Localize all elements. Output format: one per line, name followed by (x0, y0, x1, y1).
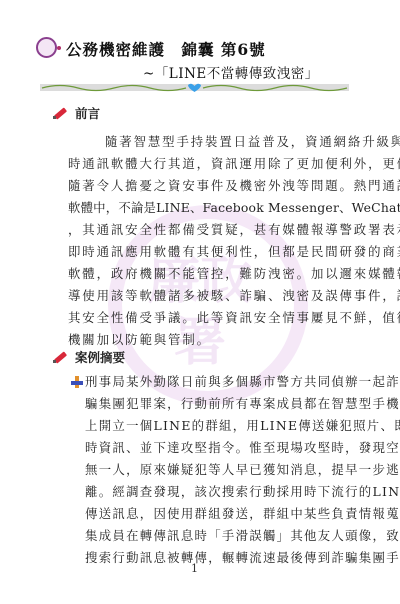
text-line: 時通訊軟體大行其道，資訊運用除了更加便利外，更伴 (68, 153, 400, 175)
text-line: 隨著令人擔憂之資安事件及機密外洩等問題。熱門通訊 (68, 175, 400, 197)
text-line: 集成員在轉傳訊息時「手滑誤觸」其他友人頭像，致 (85, 525, 400, 547)
text-line: 時資訊、並下達攻堅指令。惟至現場攻堅時，發現空 (85, 437, 400, 459)
text-line: 軟體，政府機關不能管控，難防洩密。加以邇來媒體報 (68, 263, 400, 285)
section-heading-label: 前言 (75, 104, 100, 122)
page-number: 1 (191, 562, 198, 575)
pencil-icon (53, 351, 67, 363)
text-line: ，其通訊安全性都備受質疑，甚有媒體報導警政署表示 (68, 219, 400, 241)
case-summary-paragraph: 刑事局某外勤隊日前與多個縣市警方共同偵辦一起詐 騙集團犯罪案，行動前所有專案成員… (85, 371, 400, 569)
text-line: 導使用該等軟體諸多被駭、詐騙、洩密及誤傳事件，讓 (68, 285, 400, 307)
text-line: 隨著智慧型手持裝置日益普及，資通網絡升級與即 (68, 131, 400, 153)
vine-divider (40, 84, 349, 91)
agency-logo-icon (36, 37, 57, 58)
pencil-icon (53, 107, 67, 119)
bullet-plus-icon (71, 376, 83, 388)
text-line: 搜索行動訊息被轉傳，輾轉流速最後傳到詐騙集團手 (85, 547, 400, 569)
document-page: 廉政署 公務機密維護 錦囊 第6號 ~「LINE不當轉傳致洩密」 前言 隨著智慧… (0, 0, 400, 604)
section-heading-label: 案例摘要 (75, 348, 125, 366)
text-line: 上開立一個LINE的群組，用LINE傳送嫌犯照片、即 (85, 415, 400, 437)
document-subtitle: ~「LINE不當轉傳致洩密」 (143, 62, 319, 82)
text-line: 刑事局某外勤隊日前與多個縣市警方共同偵辦一起詐 (85, 371, 400, 393)
document-title: 公務機密維護 錦囊 第6號 (66, 38, 266, 60)
text-line: 即時通訊應用軟體有其便利性，但都是民間研發的商業 (68, 241, 400, 263)
section-heading-preface: 前言 (53, 104, 100, 122)
text-line: 傳送訊息，因使用群組發送，群組中某些負責情報蒐 (85, 503, 400, 525)
text-line: 離。經調查發現，該次搜索行動採用時下流行的LINE (85, 481, 400, 503)
preface-paragraph: 隨著智慧型手持裝置日益普及，資通網絡升級與即 時通訊軟體大行其道，資訊運用除了更… (68, 131, 400, 351)
text-line: 其安全性備受爭議。此等資訊安全情事屢見不鮮，值得 (68, 307, 400, 329)
text-line: 無一人，原來嫌疑犯等人早已獲知消息，提早一步逃 (85, 459, 400, 481)
section-heading-case-summary: 案例摘要 (53, 348, 125, 366)
text-line: 軟體中，不論是LINE、Facebook Messenger、WeChat等 (68, 197, 400, 219)
text-line: 騙集團犯罪案，行動前所有專案成員都在智慧型手機 (85, 393, 400, 415)
